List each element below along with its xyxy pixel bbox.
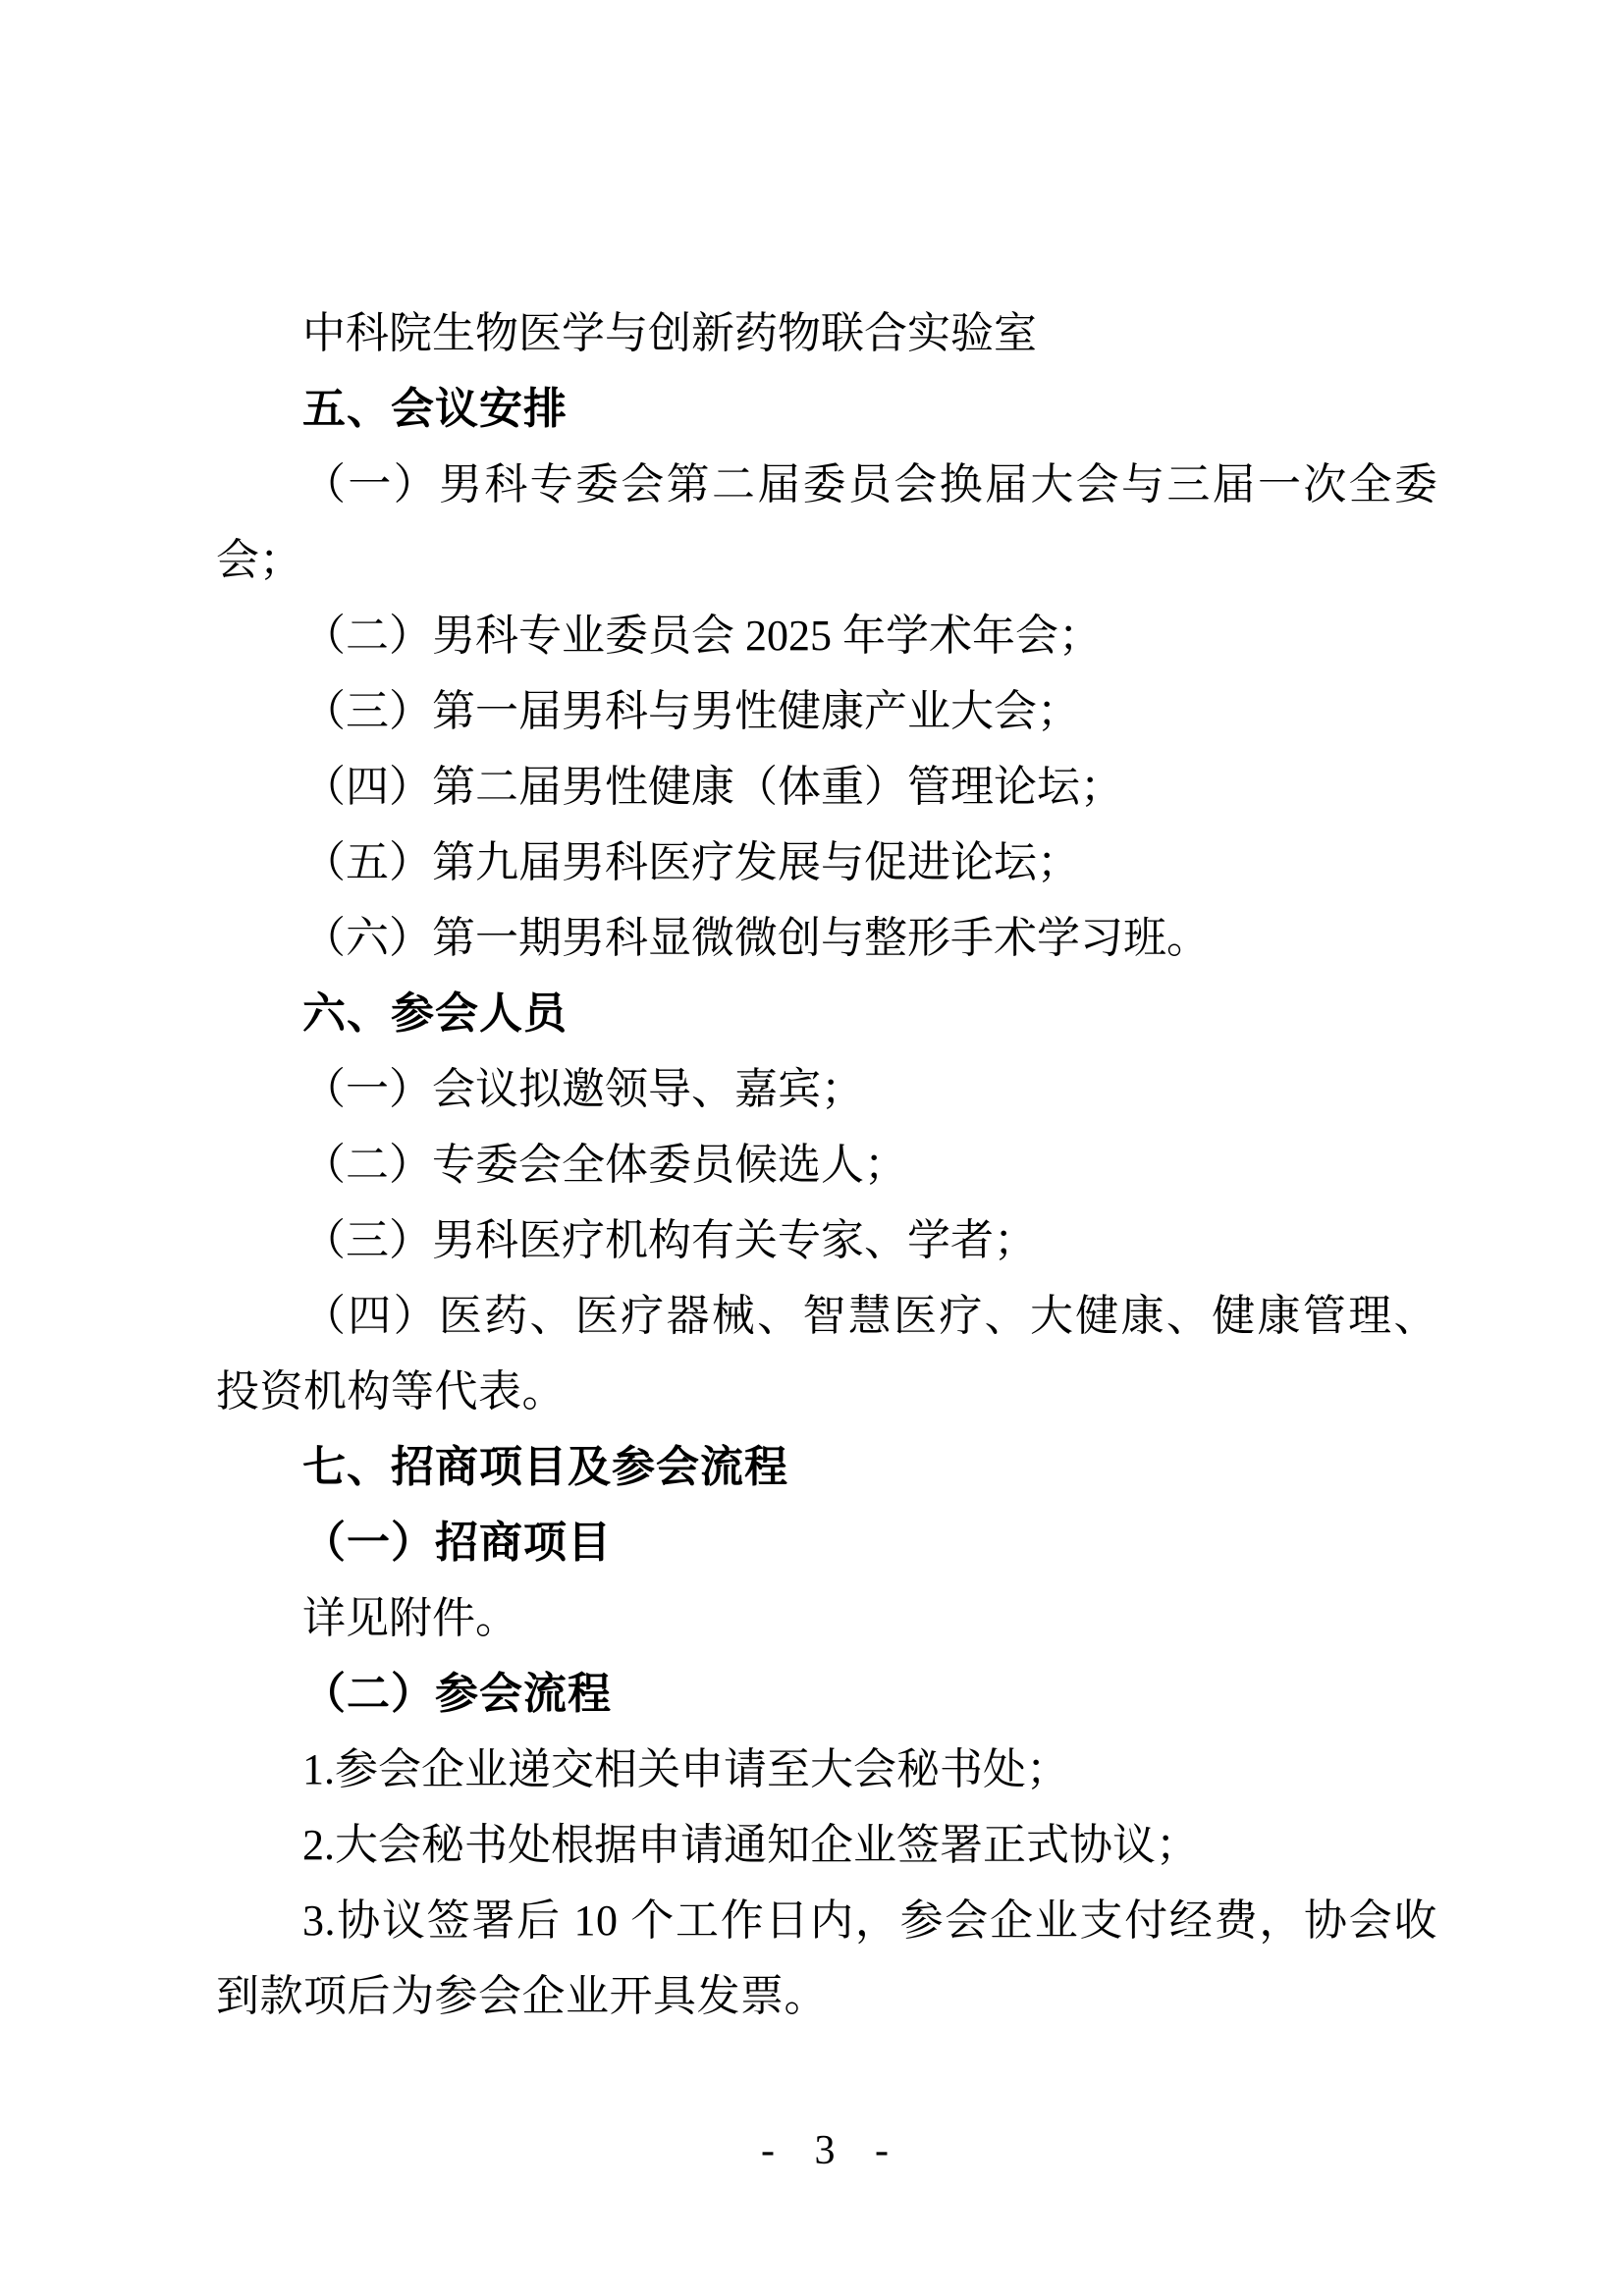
list-item: （四）医药、医疗器械、智慧医疗、大健康、健康管理、投资机构等代表。 [216, 1278, 1437, 1429]
list-item: （二）专委会全体委员候选人； [216, 1127, 1437, 1202]
page-number: - 3 - [0, 2126, 1624, 2175]
document-body: 中科院生物医学与创新药物联合实验室 五、会议安排 （一）男科专委会第二届委员会换… [216, 295, 1437, 2034]
list-item: （五）第九届男科医疗发展与促进论坛； [216, 825, 1437, 900]
list-item: （一）男科专委会第二届委员会换届大会与三届一次全委会； [216, 447, 1437, 598]
list-item: （三）男科医疗机构有关专家、学者； [216, 1202, 1437, 1278]
sub-heading: （一）招商项目 [216, 1505, 1437, 1580]
list-item: （六）第一期男科显微微创与整形手术学习班。 [216, 900, 1437, 976]
list-item: （三）第一届男科与男性健康产业大会； [216, 673, 1437, 749]
document-page: 中科院生物医学与创新药物联合实验室 五、会议安排 （一）男科专委会第二届委员会换… [0, 0, 1624, 2296]
numbered-item: 1.参会企业递交相关申请至大会秘书处； [216, 1732, 1437, 1807]
numbered-item: 3.协议签署后 10 个工作日内，参会企业支付经费，协会收到款项后为参会企业开具… [216, 1883, 1437, 2034]
sub-heading: （二）参会流程 [216, 1656, 1437, 1732]
list-item: （一）会议拟邀领导、嘉宾； [216, 1051, 1437, 1127]
list-item: （二）男科专业委员会 2025 年学术年会； [216, 598, 1437, 673]
section-heading: 七、招商项目及参会流程 [216, 1429, 1437, 1505]
numbered-item: 2.大会秘书处根据申请通知企业签署正式协议； [216, 1807, 1437, 1883]
paragraph: 中科院生物医学与创新药物联合实验室 [216, 295, 1437, 371]
list-item: （四）第二届男性健康（体重）管理论坛； [216, 749, 1437, 825]
section-heading: 六、参会人员 [216, 976, 1437, 1051]
paragraph: 详见附件。 [216, 1580, 1437, 1656]
section-heading: 五、会议安排 [216, 371, 1437, 447]
